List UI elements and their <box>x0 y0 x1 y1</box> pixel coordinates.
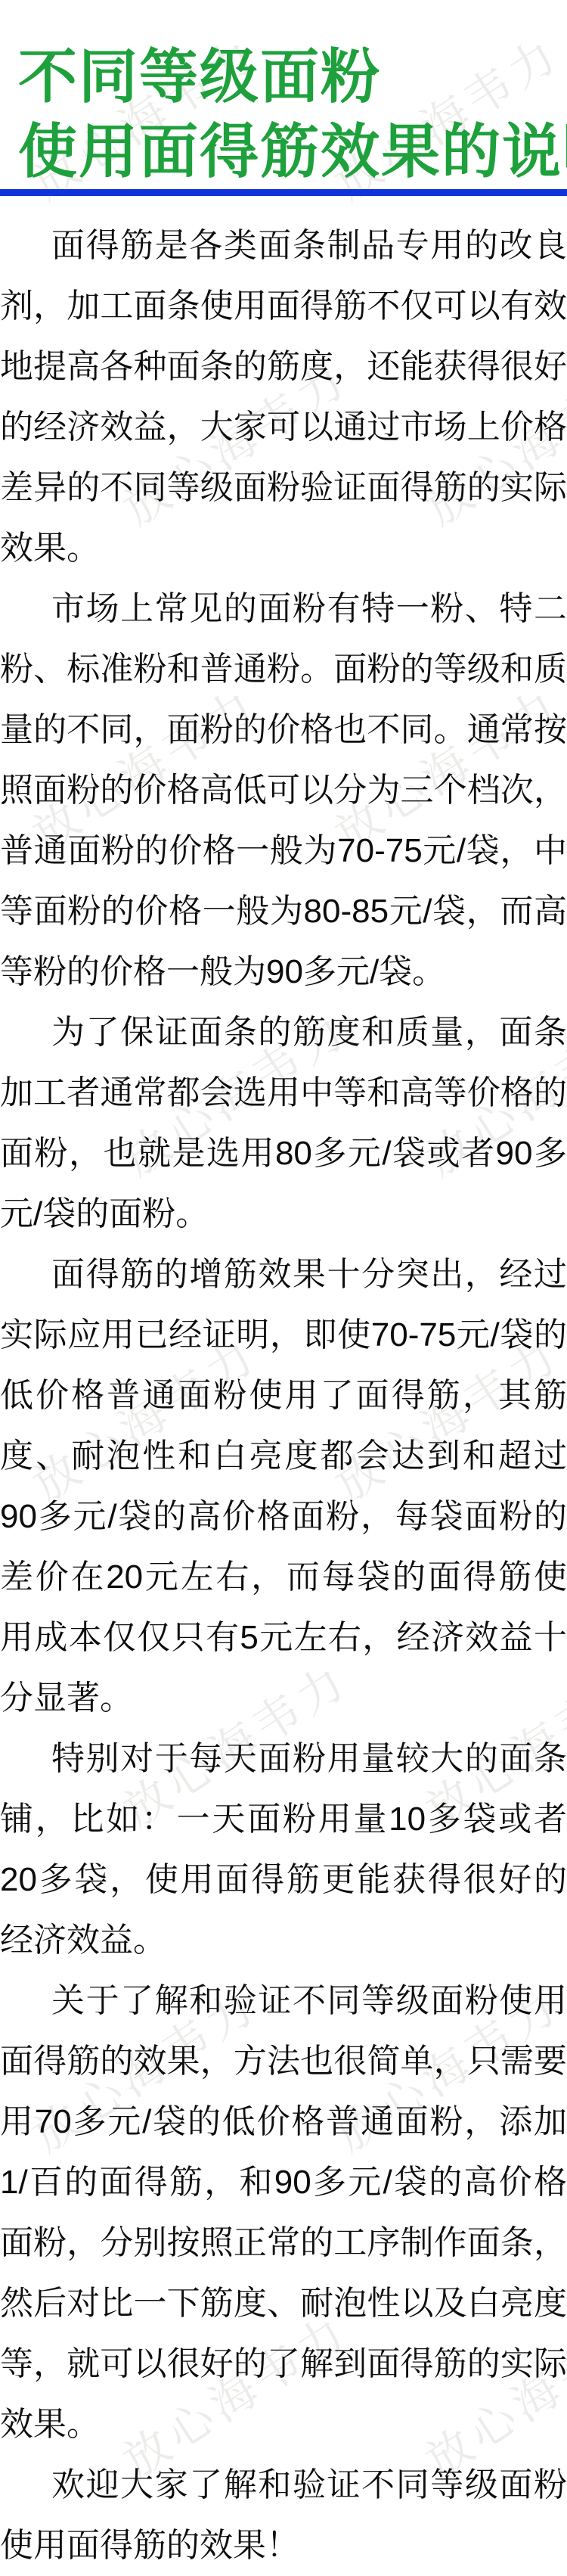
page-title: 不同等级面粉 使用面得筋效果的说明 <box>18 39 567 189</box>
paragraph: 面得筋是各类面条制品专用的改良剂，加工面条使用面得筋不仅可以有效地提高各种面条的… <box>0 216 567 579</box>
title-divider-rule <box>0 189 567 196</box>
title-block: 不同等级面粉 使用面得筋效果的说明 <box>0 0 567 189</box>
paragraph: 为了保证面条的筋度和质量，面条加工者通常都会选用中等和高等价格的面粉，也就是选用… <box>0 1002 567 1244</box>
title-line-1: 不同等级面粉 <box>18 39 567 114</box>
article-body: 面得筋是各类面条制品专用的改良剂，加工面条使用面得筋不仅可以有效地提高各种面条的… <box>0 216 567 2576</box>
title-line-2: 使用面得筋效果的说明 <box>18 114 567 189</box>
paragraph: 市场上常见的面粉有特一粉、特二粉、标准粉和普通粉。面粉的等级和质量的不同，面粉的… <box>0 579 567 1002</box>
paragraph: 欢迎大家了解和验证不同等级面粉使用面得筋的效果！ <box>0 2455 567 2576</box>
paragraph: 特别对于每天面粉用量较大的面条铺，比如：一天面粉用量10多袋或者20多袋，使用面… <box>0 1729 567 1971</box>
paragraph: 关于了解和验证不同等级面粉使用面得筋的效果，方法也很简单，只需要用70多元/袋的… <box>0 1971 567 2455</box>
page: 放心海韦力放心海韦力放心海韦力放心海韦力放心海韦力放心海韦力放心海韦力放心海韦力… <box>0 0 567 2576</box>
paragraph: 面得筋的增筋效果十分突出，经过实际应用已经证明，即使70-75元/袋的低价格普通… <box>0 1244 567 1729</box>
